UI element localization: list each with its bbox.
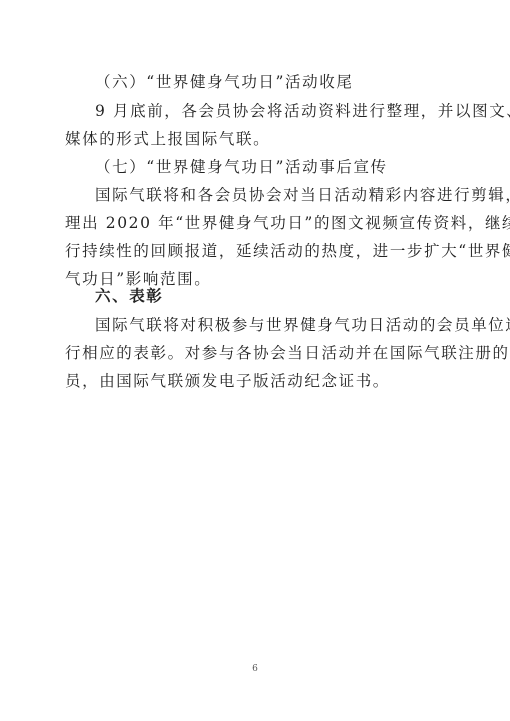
subheading-6: （六）“世界健身气功日”活动收尾 — [95, 72, 353, 92]
subheading-7: （七）“世界健身气功日”活动事后宣传 — [95, 157, 388, 177]
paragraph-line: 国际气联将和各会员协会对当日活动精彩内容进行剪辑，整 — [95, 185, 510, 205]
paragraph-line: 国际气联将对积极参与世界健身气功日活动的会员单位进 — [95, 315, 510, 335]
paragraph-line: 员，由国际气联颁发电子版活动纪念证书。 — [65, 371, 390, 391]
paragraph-line: 媒体的形式上报国际气联。 — [65, 129, 270, 149]
paragraph-line: 9 月底前，各会员协会将活动资料进行整理，并以图文、多 — [95, 101, 510, 121]
paragraph-line: 行持续性的回顾报道，延续活动的热度，进一步扩大“世界健身 — [65, 241, 510, 261]
section-heading: 六、表彰 — [95, 286, 163, 306]
document-page: （六）“世界健身气功日”活动收尾 9 月底前，各会员协会将活动资料进行整理，并以… — [0, 0, 510, 721]
page-number: 6 — [0, 664, 510, 674]
paragraph-line: 行相应的表彰。对参与各协会当日活动并在国际气联注册的人 — [65, 343, 510, 363]
paragraph-line: 理出 2020 年“世界健身气功日”的图文视频宣传资料，继续进 — [65, 213, 510, 233]
